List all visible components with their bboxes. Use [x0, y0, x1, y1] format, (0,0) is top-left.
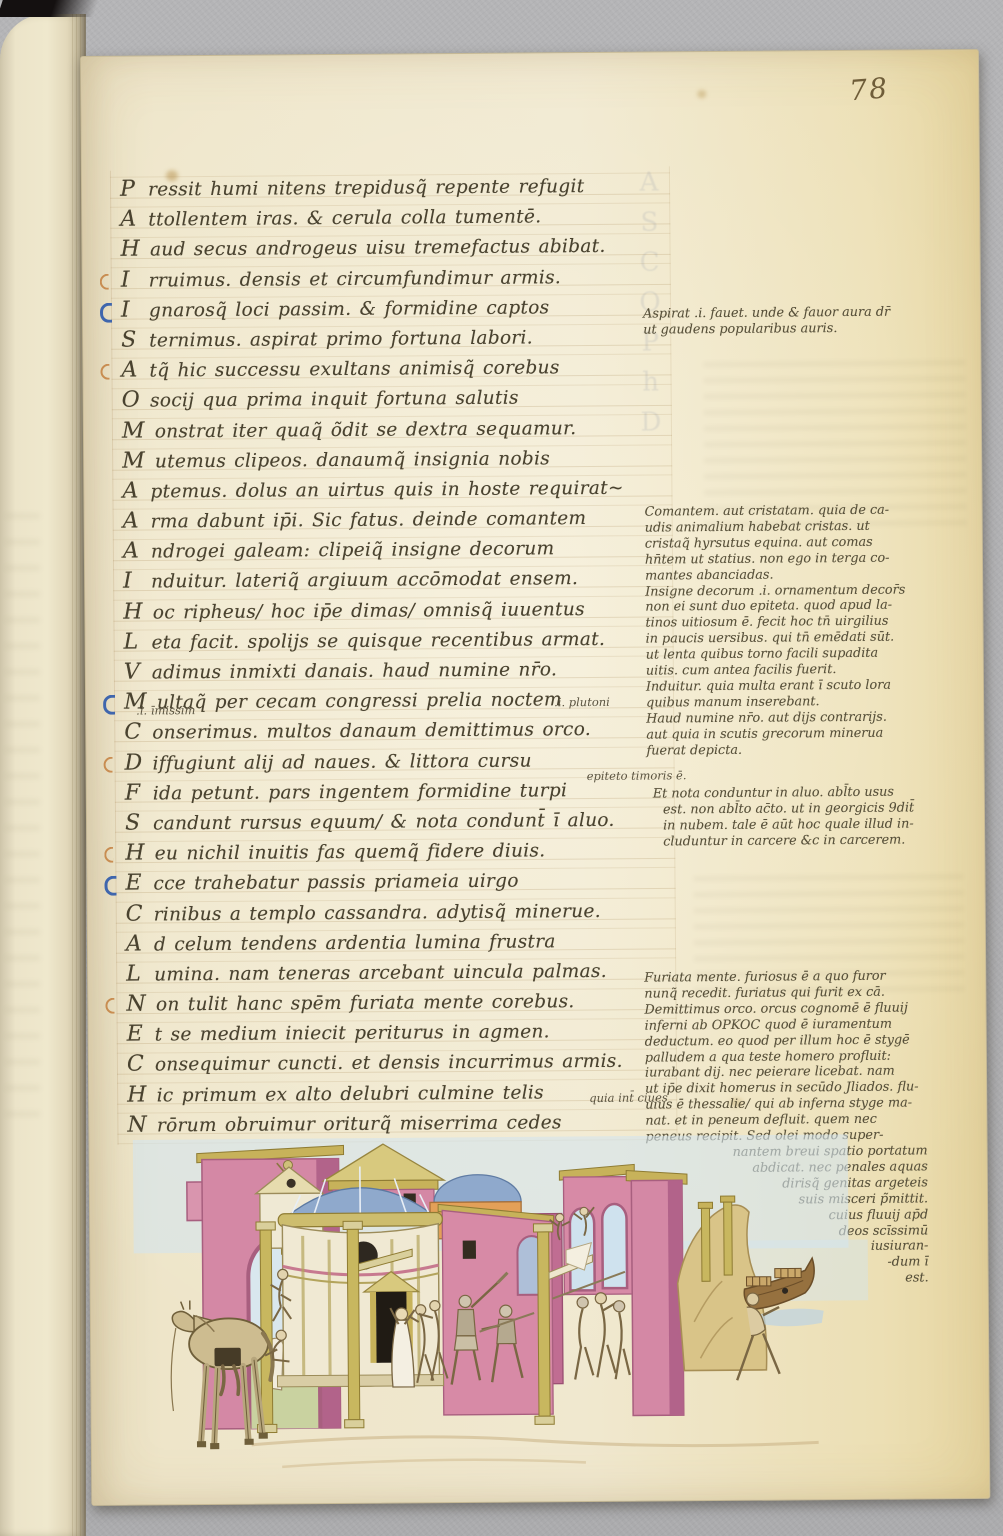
verse-initial: F [125, 778, 143, 808]
verse-text: nduitur. lateriq̃ argiuum accōmodat ense… [151, 569, 578, 593]
verse-line: Scandunt rursus equum/ & nota condunt̄ ī… [125, 805, 627, 839]
verse-line: Leta facit. spolijs se quisque recentibu… [123, 624, 625, 658]
verse-text: umina. nam teneras arcebant uincula palm… [154, 961, 607, 986]
verse-text: ic primum ex alto delubri culmine telis [157, 1082, 544, 1106]
miniature-fall-of-troy [107, 1116, 920, 1504]
verse-line: Androgei galeam: clipeiq̃ insigne decoru… [123, 533, 625, 567]
verse-line: Lumina. nam teneras arcebant uincula pal… [126, 956, 628, 990]
verse-line: Monstrat iter quaq̃ õdit se dextra sequa… [122, 412, 624, 446]
verse-line: Osocij qua prima inquit fortuna salutis [122, 382, 624, 416]
verse-line: Heu nichil inuitis fas quemq̃ fidere diu… [125, 835, 627, 869]
verse-line: Mutemus clipeos. danaumq̃ insignia nobis [122, 442, 624, 476]
verse-initial: A [120, 205, 138, 235]
verse-text: eu nichil inuitis fas quemq̃ fidere diui… [155, 840, 546, 864]
verse-line: Induitur. lateriq̃ argiuum accōmodat ens… [123, 563, 625, 597]
verse-line: Hoc ripheus/ hoc ip̄e dimas/ omnisq̃ iuu… [123, 593, 625, 627]
page-stack-edge [0, 14, 86, 1536]
verse-initial: I [121, 295, 139, 325]
verse-text: utemus clipeos. danaumq̃ insignia nobis [155, 448, 550, 472]
verse-initial: H [120, 235, 140, 265]
marginal-note: epiteto timoris ē. [587, 768, 687, 783]
verse-line: Atq̃ hic successu exultans animisq̃ core… [121, 352, 623, 386]
verse-initial: I [121, 265, 139, 295]
paraph-mark [104, 756, 113, 772]
ghost-letter: h [635, 362, 665, 402]
gloss-line: Demittimus orco. orcus cognomē ē fluuij [644, 1000, 926, 1018]
verse-line: Haud secus androgeus uisu tremefactus ab… [120, 231, 622, 265]
verse-text-block: Pressit humi nitens trepidusq̃ repente r… [120, 171, 629, 1141]
verse-text: ternimus. aspirat primo fortuna labori. [149, 327, 533, 351]
verse-text: d celum tendens ardentia lumina frustra [154, 931, 556, 955]
verse-initial: A [126, 929, 144, 959]
gloss-line: inferni ab OPKOC quod ē iuramentum [645, 1016, 927, 1034]
verse-initial: H [123, 597, 143, 627]
book-binding [0, 0, 99, 17]
verse-initial: C [126, 899, 144, 929]
gloss-line: cluduntur in carcere &c in carcerem. [653, 832, 977, 850]
verse-line: Irruimus. densis et circumfundimur armis… [121, 261, 623, 295]
verse-text: candunt rursus equum/ & nota condunt̄ ī … [153, 810, 615, 835]
ghost-letter: D [636, 402, 666, 442]
verse-initial: A [122, 476, 140, 506]
gloss-line: ut gaudens popularibus auris. [643, 320, 943, 338]
verse-line: Hic primum ex alto delubri culmine telis [127, 1076, 629, 1110]
folio-number: 78 [848, 71, 890, 107]
verse-initial: A [123, 507, 141, 537]
verse-line: Fida petunt. pars ingentem formidine tur… [125, 774, 627, 808]
verse-line: Ignarosq̃ loci passim. & formidine capto… [121, 291, 623, 325]
water [757, 1308, 824, 1326]
verse-text: tq̃ hic successu exultans animisq̃ coreb… [149, 357, 559, 381]
ghost-letter: A [634, 162, 664, 202]
verse-line: Ecce trahebatur passis priameia uirgo [125, 865, 627, 899]
verse-text: ptemus. dolus an uirtus quis in hoste re… [150, 478, 623, 503]
verse-line: Diffugiunt alij ad naues. & littora curs… [124, 744, 626, 778]
verse-text: rruimus. densis et circumfundimur armis. [149, 267, 561, 291]
manuscript-page: 78 ASCOPhD Pressit humi nitens trepidusq… [80, 49, 990, 1506]
verse-initial: D [124, 748, 142, 778]
verse-line: Pressit humi nitens trepidusq̃ repente r… [120, 171, 622, 205]
paraph-mark [104, 876, 116, 896]
verse-text: t se medium iniecit periturus in agmen. [155, 1022, 550, 1046]
gloss-line: deductum. eo quod per illum hoc ē stygē [645, 1032, 927, 1050]
verse-line: Aptemus. dolus an uirtus quis in hoste r… [122, 473, 624, 507]
parchment-stain [697, 90, 706, 98]
marginal-gloss-aspirat: Aspirat .i. fauet. unde & fauor aura dr̄… [643, 304, 943, 338]
verse-initial: M [122, 446, 145, 476]
verse-text: rma dabunt ip̄i. Sic fatus. deinde coman… [151, 508, 587, 532]
gloss-line: nunq̃ recedit. furiatus qui furit ex cā. [644, 984, 926, 1002]
verse-text: cce trahebatur passis priameia uirgo [153, 871, 518, 895]
verse-text: iffugiunt alij ad naues. & littora cursu [152, 750, 531, 774]
verse-text: rinibus a templo cassandra. adytisq̃ min… [154, 900, 601, 925]
verse-text: aud secus androgeus uisu tremefactus abi… [150, 236, 606, 261]
verse-text: ultaq̃ per cecam congressi prelia noctem [157, 689, 562, 713]
interlinear-note: .i. plutoni [554, 695, 610, 709]
verse-text: on tulit hanc spēm furiata mente corebus… [156, 991, 575, 1015]
verse-initial: L [123, 627, 141, 657]
gloss-line: uius ē thessalie/ qui ab inferna styge m… [645, 1096, 927, 1114]
verse-initial: O [122, 386, 141, 416]
verse-line: Et se medium iniecit periturus in agmen. [127, 1016, 629, 1050]
ghost-letter: C [634, 242, 664, 282]
verse-text: ressit humi nitens trepidusq̃ repente re… [148, 176, 585, 200]
verse-line: Non tulit hanc spēm furiata mente corebu… [126, 986, 628, 1020]
verse-line: Crinibus a templo cassandra. adytisq̃ mi… [126, 895, 628, 929]
verse-text: ttollentem iras. & cerula colla tumentē. [148, 207, 541, 231]
verse-initial: L [126, 959, 144, 989]
verse-line: Attollentem iras. & cerula colla tumentē… [120, 201, 622, 235]
verse-initial: S [121, 325, 139, 355]
verse-initial: A [121, 356, 139, 386]
verse-initial: V [124, 658, 142, 688]
verse-line: Consequimur cuncti. et densis incurrimus… [127, 1046, 629, 1080]
verse-initial: C [127, 1050, 145, 1080]
paraph-mark [100, 364, 109, 380]
verse-initial: S [125, 808, 143, 838]
paraph-mark [103, 695, 115, 715]
manuscript-scan: 78 ASCOPhD Pressit humi nitens trepidusq… [0, 0, 1003, 1536]
verse-text: adimus inmixti danais. haud numine nr̄o. [152, 659, 557, 683]
marginal-gloss-et-nota: Et nota conduntur in aluo. abl̄to ususes… [653, 784, 977, 850]
verse-line: Arma dabunt ip̄i. Sic fatus. deinde coma… [123, 503, 625, 537]
paraph-mark [100, 303, 112, 323]
paraph-mark [100, 273, 109, 289]
verse-initial: E [127, 1020, 145, 1050]
bleedthrough-letters: ASCOPhD [634, 162, 666, 442]
verse-initial: A [123, 537, 141, 567]
verse-initial: M [122, 416, 145, 446]
verse-line: Ad celum tendens ardentia lumina frustra [126, 925, 628, 959]
verse-line: Multaq̃ per cecam congressi prelia nocte… [124, 684, 626, 718]
ghost-letter: S [634, 202, 664, 242]
verse-text: onstrat iter quaq̃ õdit se dextra sequam… [155, 418, 577, 442]
verse-line: Conserimus. multos danaum demittimus orc… [124, 714, 626, 748]
verse-line: Vadimus inmixti danais. haud numine nr̄o… [124, 654, 626, 688]
verse-text: ida petunt. pars ingentem formidine turp… [153, 780, 568, 804]
verse-text: gnarosq̃ loci passim. & formidine captos [149, 297, 550, 321]
verse-line: Sternimus. aspirat primo fortuna labori. [121, 322, 623, 356]
show-through-smudge [6, 514, 40, 1134]
marginal-gloss-comantem: Comantem. aut cristatam. quia de ca-udis… [645, 502, 959, 759]
verse-initial: N [126, 990, 146, 1020]
interlinear-note: .i. īmissim [136, 703, 195, 717]
verse-initial: C [124, 718, 142, 748]
verse-text: ndrogei galeam: clipeiq̃ insigne decorum [151, 539, 555, 563]
verse-initial: E [125, 869, 143, 899]
verse-initial: H [127, 1080, 147, 1110]
paraph-mark [104, 847, 113, 863]
verse-initial: P [120, 175, 138, 205]
gloss-line: fuerat depicta. [646, 741, 958, 759]
verse-text: eta facit. spolijs se quisque recentibus… [152, 629, 606, 654]
verse-text: socij qua prima inquit fortuna salutis [150, 388, 519, 412]
verse-text: onsequimur cuncti. et densis incurrimus … [155, 1051, 623, 1076]
ground [252, 1434, 819, 1467]
verse-initial: I [123, 567, 141, 597]
verse-text: onserimus. multos danaum demittimus orco… [152, 719, 591, 743]
horse-hatch [214, 1348, 240, 1366]
paraph-mark [105, 998, 114, 1014]
verse-text: oc ripheus/ hoc ip̄e dimas/ omnisq̃ iuue… [153, 599, 585, 623]
verse-initial: H [125, 839, 145, 869]
